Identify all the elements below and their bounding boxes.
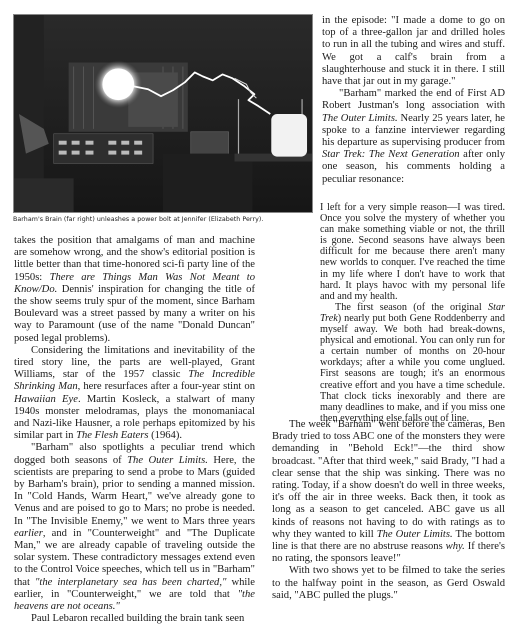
paragraph: "Barham" marked the end of First AD Robe… [322,88,505,186]
italic-title: The Outer Limits. [127,455,208,466]
right-column-top: in the episode: "I made a dome to go on … [322,15,505,186]
paragraph: Considering the limitations and inevitab… [14,345,255,443]
text: , here resurfaces after a four-year stin… [78,381,255,392]
italic-title: The Flesh Eaters [76,430,148,441]
text: ) nearly put both Gene Roddenberry and m… [320,313,505,424]
left-column: takes the position that amalgams of man … [14,235,255,626]
italic-title: The Outer Limits. [377,529,453,540]
text: "Barham" marked the end of First AD Robe… [322,88,505,111]
quote-paragraph: The first season (of the original Star T… [320,302,505,424]
paragraph: "Barham" also spotlights a peculiar tren… [14,442,255,613]
italic-quote: "the interplanetary sea has been charted… [35,577,226,588]
italic-text: earlier [14,528,43,539]
paragraph: The week "Barham" went before the camera… [272,419,505,565]
paragraph: Paul Lebaron recalled building the brain… [14,613,255,625]
photo-caption: Barham's Brain (far right) unleashes a p… [13,216,323,223]
right-column-bottom: The week "Barham" went before the camera… [272,419,505,602]
episode-photo [13,14,313,213]
italic-title: Star Trek: The Next Generation [322,149,460,160]
paragraph: With two shows yet to be filmed to take … [272,565,505,602]
quote-paragraph: I left for a very simple reason—I was ti… [320,202,505,302]
text: The week "Barham" went before the camera… [272,419,505,540]
text: The first season (of the original [335,302,488,313]
paragraph: in the episode: "I made a dome to go on … [322,15,505,88]
block-quote: I left for a very simple reason—I was ti… [320,202,505,424]
italic-title: The Outer Limits. [322,113,398,124]
italic-title: Hawaiian Eye [14,394,78,405]
paragraph: takes the position that amalgams of man … [14,235,255,345]
photo-illustration [14,15,312,212]
italic-text: why. [446,541,465,552]
text: (1964). [148,430,182,441]
